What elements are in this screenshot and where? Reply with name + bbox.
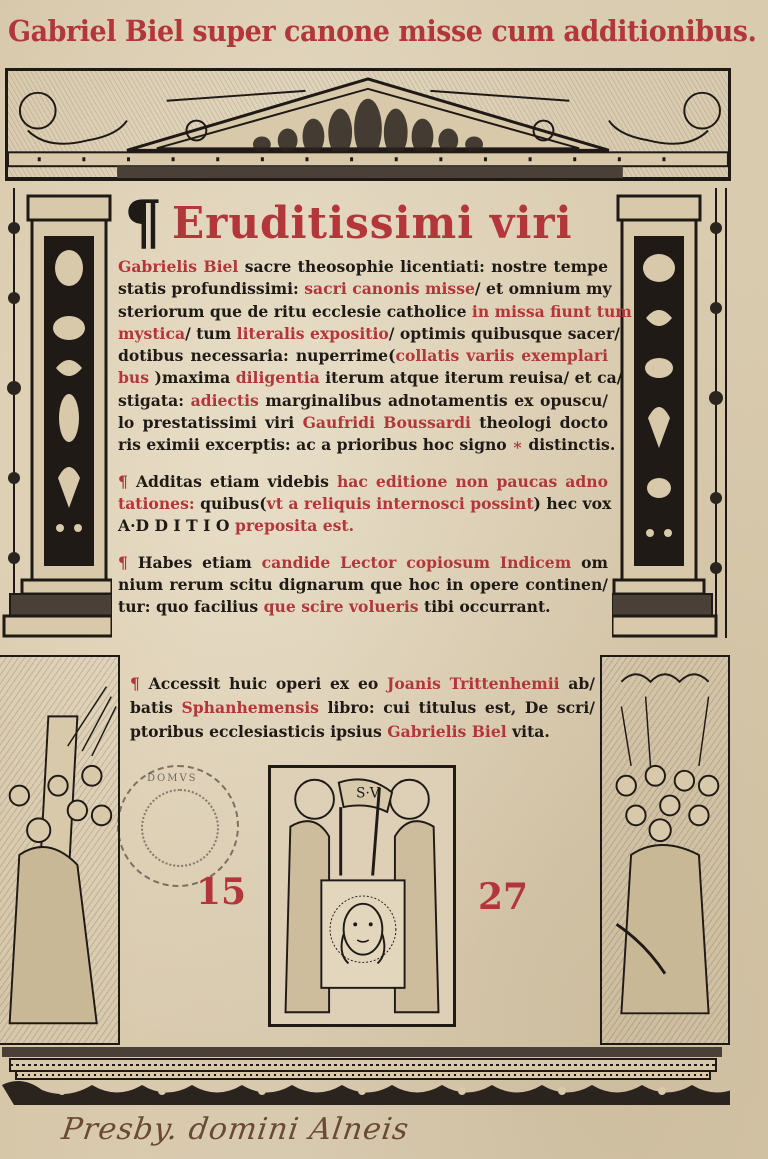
black-text: ab/ [568, 674, 595, 693]
rubricated-text: tationes: [118, 494, 200, 513]
woodcut-saints-peter-paul-vernicle: S·V [268, 765, 456, 1027]
rubricated-text: ¶ [118, 553, 138, 572]
text-line: mystica/ tum literalis expositio/ optimi… [118, 323, 608, 345]
pediment-ornament-icon [8, 71, 728, 182]
rubricated-text: Gabrielis Biel [118, 257, 245, 276]
black-text: dotibus necessaria: nuperrime( [118, 346, 395, 365]
rubricated-text: vt a reliquis internosci possint [267, 494, 534, 513]
black-text: quibus( [200, 494, 267, 513]
black-text: / tum [185, 324, 237, 343]
black-text: ris eximii excerptis: ac a prioribus hoc… [118, 435, 512, 454]
column-icon [0, 188, 112, 643]
rubricated-text: Sphanhemensis [182, 698, 328, 717]
black-text: A·D D I T I O [118, 516, 235, 535]
black-text: ptoribus ecclesiasticis ipsius [130, 722, 387, 741]
text-line: stigata: adiectis marginalibus adnotamen… [118, 390, 608, 412]
rubricated-text: Gabrielis Biel [387, 722, 512, 741]
black-text: sacre theosophie licentiati: nostre temp… [245, 257, 608, 276]
manuscript-ownership-inscription: Presby. domini Alneis [60, 1112, 412, 1147]
black-text: / et omnium my [475, 279, 612, 298]
intro-paragraph: Gabrielis Biel sacre theosophie licentia… [118, 256, 608, 457]
base-ornament [2, 1045, 730, 1107]
text-line: A·D D I T I O preposita est. [118, 515, 608, 537]
rubricated-text: candide Lector copiosum Indicem [262, 553, 581, 572]
habes-paragraph: ¶ Habes etiam candide Lector copiosum In… [118, 552, 608, 619]
stamp-inner-ring [141, 789, 219, 867]
headline-title: Eruditissimi viri [172, 198, 573, 249]
black-text: tur: quo facilius [118, 597, 264, 616]
stamp-text: DOMVS [147, 773, 198, 784]
text-line: statis profundissimi: sacri canonis miss… [118, 278, 608, 300]
rubricated-text: bus [118, 368, 154, 387]
additas-paragraph: ¶ Additas etiam videbis hac editione non… [118, 471, 608, 538]
black-text: libro: cui titulus est, De scri/ [328, 698, 595, 717]
woodcut-betrayal-of-christ [600, 655, 730, 1045]
black-text: stigata: [118, 391, 191, 410]
black-text: Accessit huic operi ex eo [149, 674, 387, 693]
text-line: Gabrielis Biel sacre theosophie licentia… [118, 256, 608, 278]
year-right: 27 [478, 876, 528, 918]
black-text: ) hec vox [534, 494, 612, 513]
pediment-rule [5, 178, 731, 181]
text-line: ¶ Accessit huic operi ex eo Joanis Tritt… [130, 672, 595, 696]
black-text: steriorum que de ritu ecclesie catholice [118, 302, 472, 321]
black-text: statis profundissimi: [118, 279, 304, 298]
rubricated-text: que scire volueris [264, 597, 424, 616]
text-line: ¶ Additas etiam videbis hac editione non… [118, 471, 608, 493]
rubricated-text: in missa fiunt tum [472, 302, 632, 321]
black-text: om [581, 553, 608, 572]
vernicle-icon: S·V [271, 768, 453, 1024]
text-line: steriorum que de ritu ecclesie catholice… [118, 301, 608, 323]
black-text: vita. [512, 722, 550, 741]
text-line: tur: quo facilius que scire volueris tib… [118, 596, 608, 618]
pilcrow-icon: ¶ [124, 193, 162, 253]
rubricated-text: adiectis [191, 391, 266, 410]
text-line: batis Sphanhemensis libro: cui titulus e… [130, 696, 595, 720]
rubricated-text: hac editione non paucas adno [337, 472, 608, 491]
running-title: Gabriel Biel super canone misse cum addi… [8, 14, 696, 48]
right-column-ornament [612, 188, 730, 643]
library-stamp: DOMVS [117, 765, 239, 887]
woodcut-scene-icon [0, 657, 118, 1043]
black-text: iterum atque iterum reuisa/ et ca/ [325, 368, 622, 387]
black-text: Habes etiam [138, 553, 262, 572]
left-column-ornament [0, 188, 112, 643]
black-text: marginalibus adnotamentis ex opuscu/ [265, 391, 608, 410]
rubricated-text: ∗ [512, 435, 523, 454]
banner-text: S·V [356, 785, 381, 801]
headline: ¶ Eruditissimi viri [118, 190, 608, 256]
accessit-paragraph: ¶ Accessit huic operi ex eo Joanis Tritt… [130, 672, 595, 744]
woodcut-christ-carrying-cross [0, 655, 120, 1045]
text-line: nium rerum scitu dignarum que hoc in ope… [118, 574, 608, 596]
rubricated-text: mystica [118, 324, 185, 343]
text-line: tationes: quibus(vt a reliquis internosc… [118, 493, 608, 515]
black-text: batis [130, 698, 182, 717]
woodcut-scene-icon [602, 657, 728, 1043]
rubricated-text: Gaufridi Boussardi [303, 413, 480, 432]
black-text: Additas etiam videbis [136, 472, 337, 491]
text-line: ptoribus ecclesiasticis ipsius Gabrielis… [130, 720, 595, 744]
year-left: 15 [196, 871, 246, 913]
text-line: ris eximii excerptis: ac a prioribus hoc… [118, 434, 608, 456]
black-text: distinctis. [523, 435, 615, 454]
black-text: lo prestatissimi viri [118, 413, 303, 432]
rubricated-text: preposita est. [235, 516, 354, 535]
main-text-block: ¶ Eruditissimi viri Gabrielis Biel sacre… [118, 190, 608, 618]
column-icon [612, 188, 730, 643]
pediment-woodcut [5, 68, 731, 180]
black-text: theologi docto [479, 413, 608, 432]
rubricated-text: sacri canonis misse [304, 279, 475, 298]
black-text: )maxima [154, 368, 235, 387]
text-line: lo prestatissimi viri Gaufridi Boussardi… [118, 412, 608, 434]
text-line: ¶ Habes etiam candide Lector copiosum In… [118, 552, 608, 574]
rubricated-text: diligentia [236, 368, 326, 387]
rubricated-text: literalis expositio [237, 324, 389, 343]
rubricated-text: ¶ [130, 674, 149, 693]
rubricated-text: collatis variis exemplari [395, 346, 608, 365]
text-line: dotibus necessaria: nuperrime(collatis v… [118, 345, 608, 367]
rubricated-text: ¶ [118, 472, 136, 491]
acanthus-frieze-icon [2, 1045, 730, 1107]
title-page: Gabriel Biel super canone misse cum addi… [0, 0, 768, 1159]
rubricated-text: Joanis Trittenhemii [387, 674, 568, 693]
black-text: / optimis quibusque sacer/ [389, 324, 620, 343]
text-line: bus )maxima diligentia iterum atque iter… [118, 367, 608, 389]
black-text: tibi occurrant. [424, 597, 551, 616]
black-text: nium rerum scitu dignarum que hoc in ope… [118, 575, 608, 594]
